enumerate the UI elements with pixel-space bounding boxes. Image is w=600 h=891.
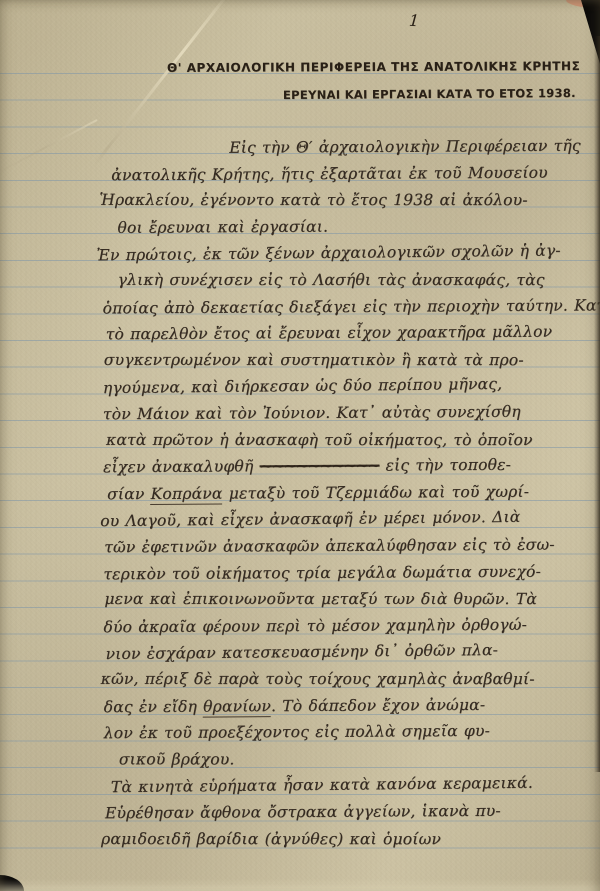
manuscript-line: τερικὸν τοῦ οἰκήματος τρία μεγάλα δωμάτι… <box>103 562 541 592</box>
manuscript-line: Εὑρέθησαν ἄφθονα ὄστρακα ἀγγείων, ἱκανὰ … <box>105 802 501 831</box>
manuscript-segment: κῶν, πέριξ δὲ παρὰ τοὺς τοίχους χαμηλὰς … <box>101 670 535 688</box>
manuscript-segment: συγκεντρωμένον καὶ συστηματικὸν ἢ κατὰ τ… <box>104 351 524 369</box>
manuscript-segment: εἶχεν ἀνακαλυφθῆ <box>103 457 260 476</box>
manuscript-line: Εἰς τὴν Θ′ ἀρχαιολογικὴν Περιφέρειαν τῆς <box>229 137 581 166</box>
manuscript-segment: ὁποίας ἀπὸ δεκαετίας διεξάγει εἰς τὴν πε… <box>103 296 600 317</box>
manuscript-line: θοι ἔρευναι καὶ ἐργασίαι. <box>117 217 328 245</box>
underlined-word: θρανίων <box>203 697 271 717</box>
manuscript-line: ὁποίας ἀπὸ δεκαετίας διεξάγει εἰς τὴν πε… <box>103 296 600 326</box>
manuscript-line: Ἐν πρώτοις, ἐκ τῶν ξένων ἀρχαιολογικῶν σ… <box>96 242 561 274</box>
manuscript-segment: ηγούμενα, καὶ διήρκεσαν ὡς δύο περίπου μ… <box>103 375 503 397</box>
manuscript-segment: σικοῦ βράχου. <box>119 750 235 768</box>
manuscript-segment: λον ἐκ τοῦ προεξέχοντος εἰς πολλὰ σημεῖα… <box>104 722 490 742</box>
manuscript-line: Ἡρακλείου, ἐγένοντο κατὰ τὸ ἔτος 1938 αἱ… <box>99 191 527 218</box>
manuscript-line: ου Λαγοῦ, καὶ εἶχεν ἀνασκαφῆ ἐν μέρει μό… <box>100 508 520 539</box>
manuscript-line: ηγούμενα, καὶ διήρκεσαν ὡς δύο περίπου μ… <box>103 375 503 406</box>
manuscript-line: ραμιδοειδῆ βαρίδια (ἀγνύθες) καὶ ὁμοίων <box>101 830 441 857</box>
manuscript-line: κῶν, πέριξ δὲ παρὰ τοὺς τοίχους χαμηλὰς … <box>101 670 535 697</box>
manuscript-segment: Εἰς τὴν Θ′ ἀρχαιολογικὴν Περιφέρειαν τῆς <box>229 137 581 157</box>
manuscript-line: συγκεντρωμένον καὶ συστηματικὸν ἢ κατὰ τ… <box>104 351 524 378</box>
manuscript-line: σικοῦ βράχου. <box>119 750 235 777</box>
manuscript-line: Τὰ κινητὰ εὑρήματα ἦσαν κατὰ κανόνα κερα… <box>111 774 533 805</box>
scribbled-out-word: ~~~~~~~~~~ <box>259 457 379 476</box>
manuscript-segment: κατὰ πρῶτον ἡ ἀνασκαφὴ τοῦ οἰκήματος, τὸ… <box>106 430 533 448</box>
manuscript-segment: θοι ἔρευναι καὶ ἐργασίαι. <box>117 217 328 236</box>
manuscript-segment: Ἐν πρώτοις, ἐκ τῶν ξένων ἀρχαιολογικῶν σ… <box>96 242 560 265</box>
manuscript-segment: μεταξὺ τοῦ Τζερμιάδω καὶ τοῦ χωρί- <box>223 482 530 502</box>
manuscript-segment: τερικὸν τοῦ οἰκήματος τρία μεγάλα δωμάτι… <box>103 562 541 583</box>
manuscript-segment: Τὰ κινητὰ εὑρήματα ἦσαν κατὰ κανόνα κερα… <box>111 774 533 796</box>
manuscript-segment: ἀνατολικῆς Κρήτης, ἥτις ἐξαρτᾶται ἐκ τοῦ… <box>111 163 548 184</box>
manuscript-segment: τὸ παρελθὸν ἔτος αἱ ἔρευναι εἶχον χαρακτ… <box>106 323 553 344</box>
manuscript-segment: σίαν <box>107 485 151 503</box>
underlined-word: Κοπράνα <box>151 484 223 504</box>
manuscript-line: τὸ παρελθὸν ἔτος αἱ ἔρευναι εἶχον χαρακτ… <box>106 323 553 353</box>
manuscript-segment: γλικὴ συνέχισεν εἰς τὸ Λασήθι τὰς ἀνασκα… <box>118 271 545 289</box>
manuscript-line: τῶν ἐφετινῶν ἀνασκαφῶν ἀπεκαλύφθησαν εἰς… <box>104 536 555 566</box>
manuscript-page-scan: 1 Θ' ΑΡΧΑΙΟΛΟΓΙΚΗ ΠΕΡΙΦΕΡΕΙΑ ΤΗΣ ΑΝΑΤΟΛΙ… <box>0 0 600 891</box>
manuscript-segment: νιον ἐσχάραν κατεσκευασμένην δι᾽ ὀρθῶν π… <box>105 641 498 663</box>
manuscript-segment: ραμιδοειδῆ βαρίδια (ἀγνύθες) καὶ ὁμοίων <box>101 830 441 848</box>
manuscript-line: ἀνατολικῆς Κρήτης, ἥτις ἐξαρτᾶται ἐκ τοῦ… <box>111 163 548 193</box>
manuscript-segment: Ἡρακλείου, ἐγένοντο κατὰ τὸ ἔτος 1938 αἱ… <box>99 191 527 209</box>
manuscript-segment: τῶν ἐφετινῶν ἀνασκαφῶν ἀπεκαλύφθησαν εἰς… <box>104 536 555 557</box>
manuscript-line: δας ἐν εἴδη θρανίων. Τὸ δάπεδον ἔχον ἀνώ… <box>104 695 486 724</box>
manuscript-segment: ου Λαγοῦ, καὶ εἶχεν ἀνασκαφῆ ἐν μέρει μό… <box>100 508 520 530</box>
manuscript-segment: εἰς τὴν τοποθε- <box>379 456 511 475</box>
manuscript-segment: δύο ἀκραῖα φέρουν περὶ τὸ μέσον χαμηλὴν … <box>103 615 527 636</box>
manuscript-line: νιον ἐσχάραν κατεσκευασμένην δι᾽ ὀρθῶν π… <box>105 641 498 672</box>
manuscript-line: εἶχεν ἀνακαλυφθῆ ~~~~~~~~~~ εἰς τὴν τοπο… <box>103 456 511 485</box>
manuscript-segment: δας ἐν εἴδη <box>104 697 204 716</box>
manuscript-segment: μενα καὶ ἐπικοινωνοῦντα μεταξύ των διὰ θ… <box>104 590 537 608</box>
manuscript-line: λον ἐκ τοῦ προεξέχοντος εἰς πολλὰ σημεῖα… <box>104 722 490 751</box>
manuscript-line: γλικὴ συνέχισεν εἰς τὸ Λασήθι τὰς ἀνασκα… <box>118 271 545 298</box>
manuscript-text: Εἰς τὴν Θ′ ἀρχαιολογικὴν Περιφέρειαν τῆς… <box>0 0 600 891</box>
manuscript-segment: Εὑρέθησαν ἄφθονα ὄστρακα ἀγγείων, ἱκανὰ … <box>105 802 501 822</box>
manuscript-segment: . Τὸ δάπεδον ἔχον ἀνώμα- <box>271 695 485 714</box>
manuscript-line: κατὰ πρῶτον ἡ ἀνασκαφὴ τοῦ οἰκήματος, τὸ… <box>106 430 533 457</box>
manuscript-line: τὸν Μάιον καὶ τὸν Ἰούνιον. Κατ᾽ αὐτὰς συ… <box>103 403 521 433</box>
manuscript-segment: τὸν Μάιον καὶ τὸν Ἰούνιον. Κατ᾽ αὐτὰς συ… <box>103 403 521 424</box>
manuscript-line: μενα καὶ ἐπικοινωνοῦντα μεταξύ των διὰ θ… <box>104 590 537 617</box>
